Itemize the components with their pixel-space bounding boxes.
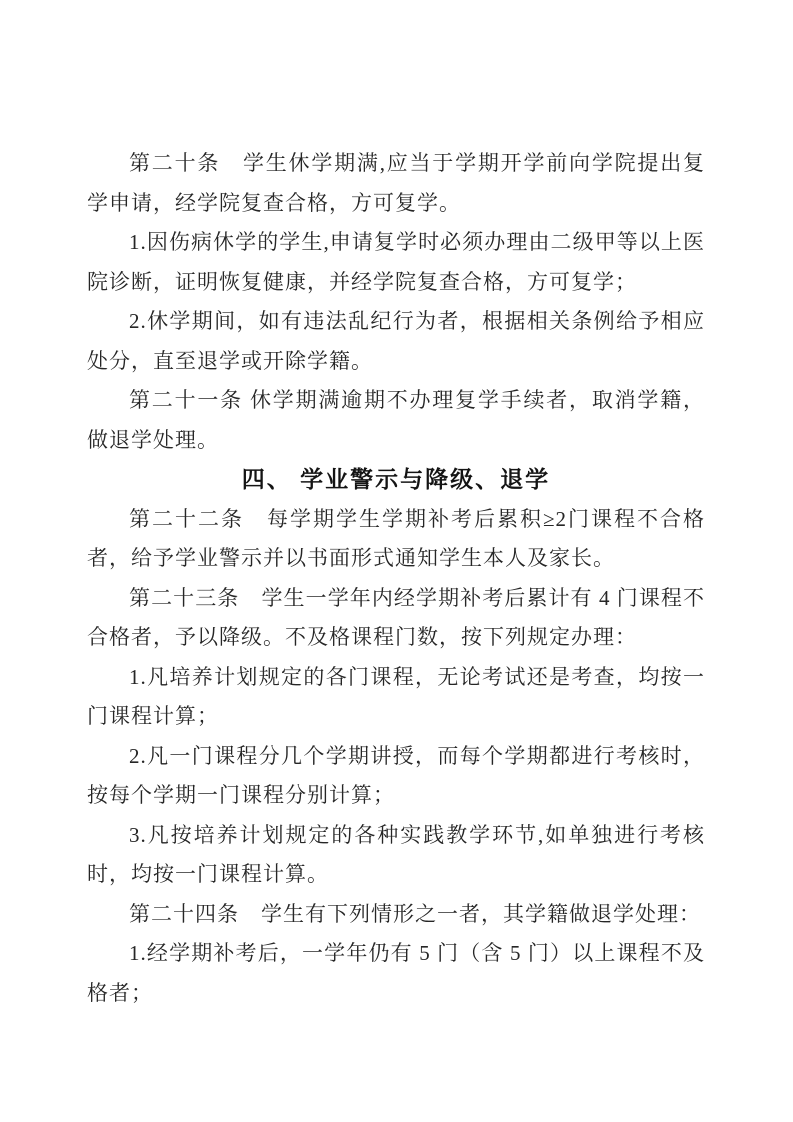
paragraph: 1.经学期补考后，一学年仍有 5 门（含 5 门）以上课程不及格者； (87, 934, 705, 1013)
paragraph: 2.休学期间，如有违法乱纪行为者，根据相关条例给予相应处分，直至退学或开除学籍。 (87, 302, 705, 381)
paragraph: 第二十三条 学生一学年内经学期补考后累计有 4 门课程不合格者，予以降级。不及格… (87, 579, 705, 658)
document-body: 第二十条 学生休学期满,应当于学期开学前向学院提出复学申请，经学院复查合格，方可… (87, 144, 705, 1013)
paragraph: 第二十二条 每学期学生学期补考后累积≥2门课程不合格者，给予学业警示并以书面形式… (87, 500, 705, 579)
section-heading: 四、 学业警示与降级、退学 (87, 460, 705, 500)
paragraph: 1.凡培养计划规定的各门课程，无论考试还是考查，均按一门课程计算； (87, 658, 705, 737)
paragraph: 2.凡一门课程分几个学期讲授，而每个学期都进行考核时，按每个学期一门课程分别计算… (87, 737, 705, 816)
paragraph: 第二十四条 学生有下列情形之一者，其学籍做退学处理： (87, 895, 705, 935)
paragraph: 第二十条 学生休学期满,应当于学期开学前向学院提出复学申请，经学院复查合格，方可… (87, 144, 705, 223)
paragraph: 第二十一条 休学期满逾期不办理复学手续者，取消学籍，做退学处理。 (87, 381, 705, 460)
document-page: 第二十条 学生休学期满,应当于学期开学前向学院提出复学申请，经学院复查合格，方可… (0, 0, 793, 1122)
paragraph: 1.因伤病休学的学生,申请复学时必须办理由二级甲等以上医院诊断，证明恢复健康，并… (87, 223, 705, 302)
paragraph: 3.凡按培养计划规定的各种实践教学环节,如单独进行考核时，均按一门课程计算。 (87, 816, 705, 895)
